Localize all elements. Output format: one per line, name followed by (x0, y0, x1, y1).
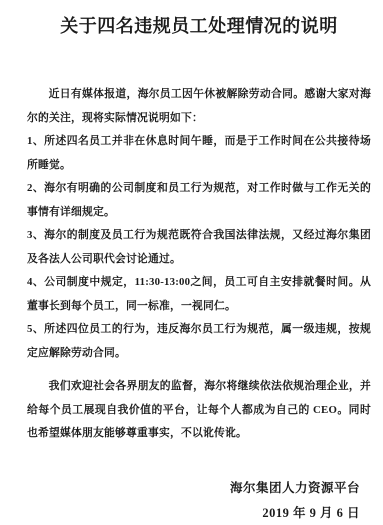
point-2: 2、海尔有明确的公司制度和员工行为规范，对工作时做与工作无关的事情有详细规定。 (27, 177, 371, 224)
document-body: 近日有媒体报道，海尔员工因午休被解除劳动合同。感谢大家对海尔的关注，现将实际情况… (27, 83, 371, 525)
date: 2019 年 9 月 6 日 (27, 501, 360, 525)
closing-paragraph: 我们欢迎社会各界朋友的监督，海尔将继续依法依规治理企业，并给每个员工展现自我价值… (27, 375, 371, 446)
document-title: 关于四名违规员工处理情况的说明 (27, 0, 371, 39)
document-content: 关于四名违规员工处理情况的说明 近日有媒体报道，海尔员工因午休被解除劳动合同。感… (27, 0, 371, 525)
signature: 海尔集团人力资源平台 (27, 476, 360, 501)
signature-block: 海尔集团人力资源平台 2019 年 9 月 6 日 (27, 476, 371, 525)
point-3: 3、海尔的制度及员工行为规范既符合我国法律法规，又经过海尔集团及各法人公司职代会… (27, 224, 371, 271)
point-5: 5、所述四位员工的行为，违反海尔员工行为规范，属一级违规，按规定应解除劳动合同。 (27, 318, 371, 365)
point-4: 4、公司制度中规定，11:30-13:00之间，员工可自主安排就餐时间。从董事长… (27, 271, 371, 318)
intro-paragraph: 近日有媒体报道，海尔员工因午休被解除劳动合同。感谢大家对海尔的关注，现将实际情况… (27, 83, 371, 130)
document-page: 关于四名违规员工处理情况的说明 近日有媒体报道，海尔员工因午休被解除劳动合同。感… (0, 0, 383, 525)
point-1: 1、所述四名员工并非在休息时间午睡，而是于工作时间在公共接待场所睡觉。 (27, 130, 371, 177)
